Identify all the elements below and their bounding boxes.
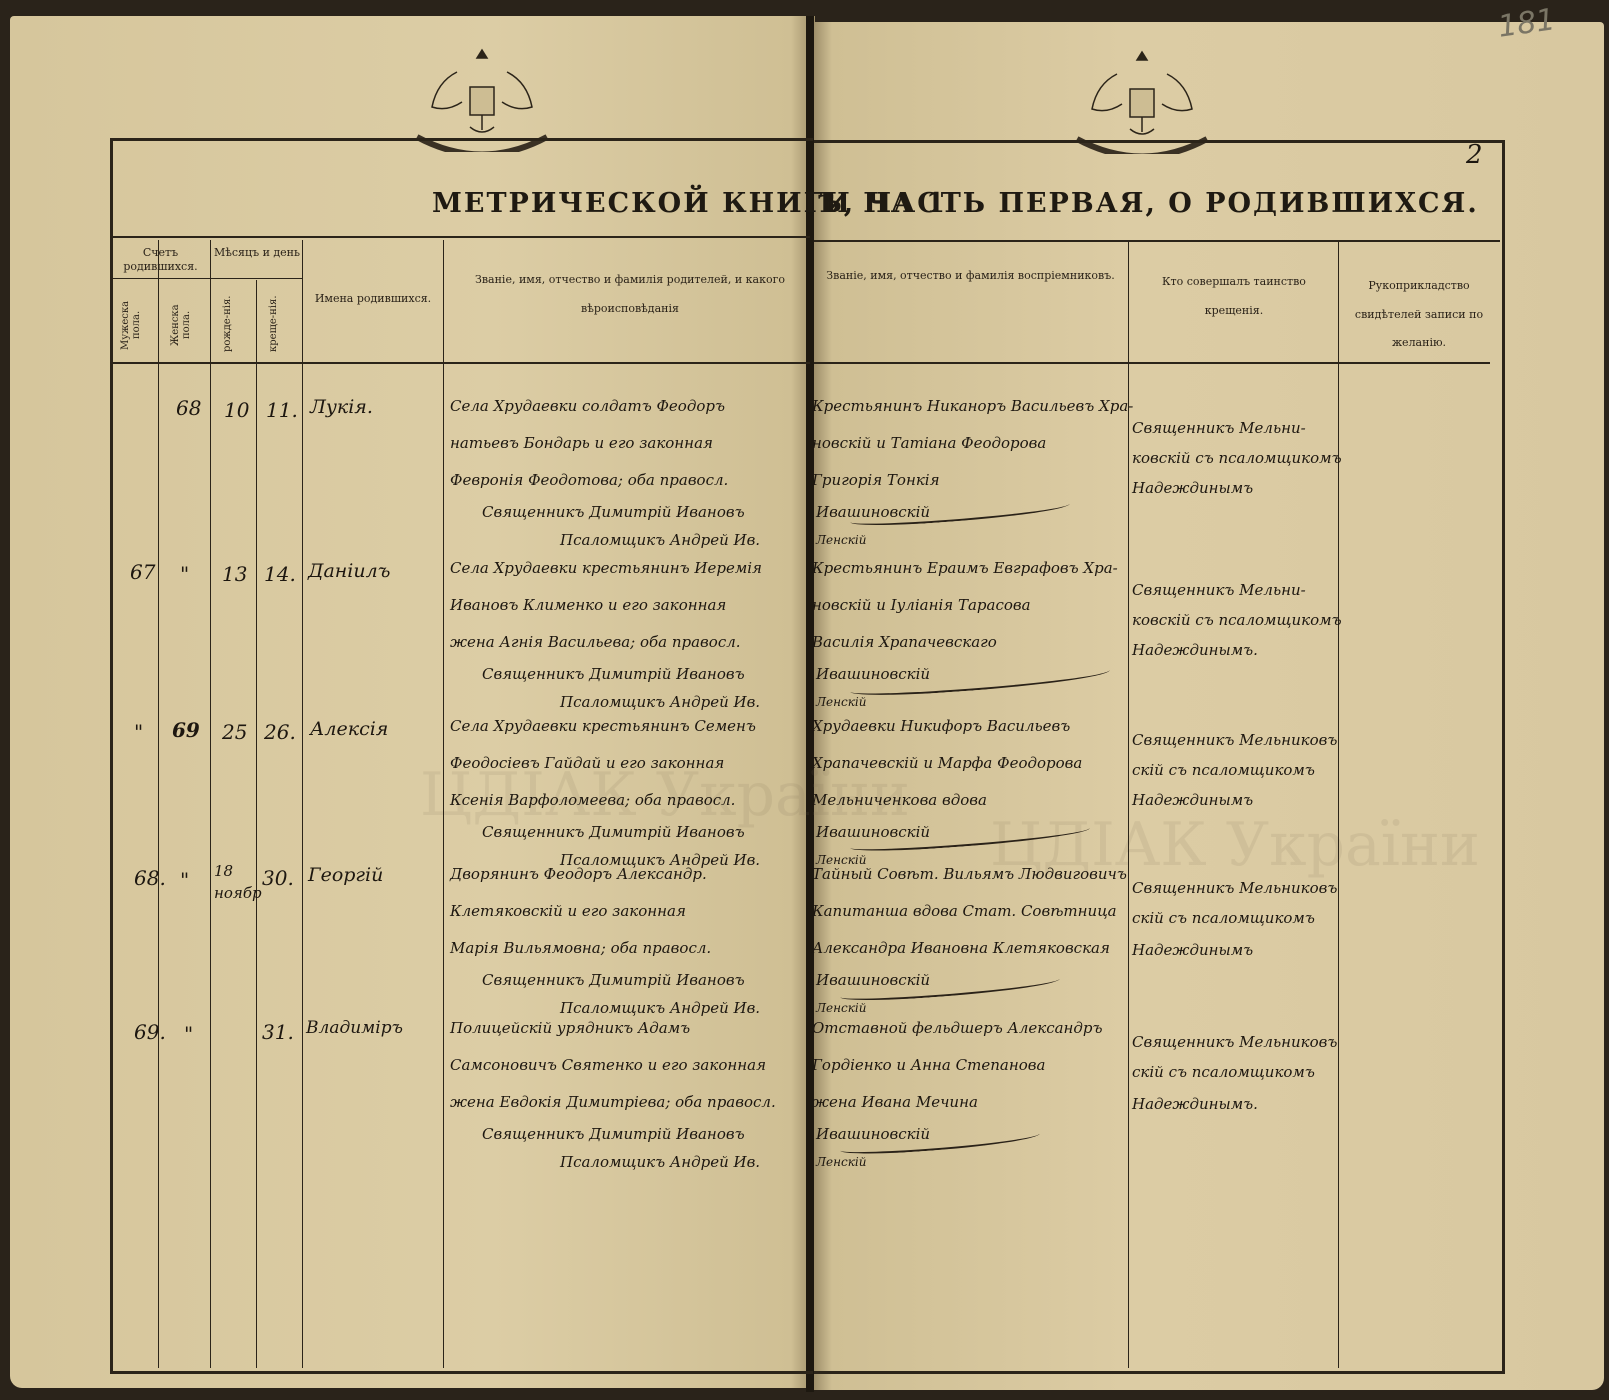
godparents-line: Тайный Совѣт. Вильямъ Людвиговичъ <box>812 856 1127 893</box>
female-count: " <box>180 868 189 892</box>
child-name: Лукія. <box>310 396 373 418</box>
column-divider <box>1338 242 1339 1368</box>
parents-line: натьевъ Бондарь и его законная <box>450 425 713 462</box>
male-count: 67 <box>130 560 155 584</box>
parents-line: Полицейскій урядникъ Адамъ <box>450 1010 690 1047</box>
column-divider <box>443 240 444 1368</box>
header-rule-top-left <box>113 236 810 238</box>
header-rule-bottom-right <box>814 362 1490 364</box>
header-count: Счетъ родившихся. <box>113 246 208 274</box>
header-signatures: Рукоприкладство свидѣтелей записи по жел… <box>1340 272 1498 358</box>
column-divider <box>158 240 159 1368</box>
baptism-day: 14. <box>264 562 296 586</box>
parents-line: Ивановъ Клименко и его законная <box>450 587 726 624</box>
officiant-line: Надеждинымъ <box>1132 470 1253 507</box>
parents-line: Села Хрудаевки крестьянинъ Семенъ <box>450 708 756 745</box>
male-count: 68. <box>134 866 166 890</box>
godparents-line: новскій и Іуліанія Тарасова <box>812 587 1031 624</box>
psalmist-signature: Псаломщикъ Андрей Ив. <box>560 1144 760 1181</box>
baptism-day: 11. <box>266 398 298 422</box>
page-title-right: Ѣ, ЧАСТЬ ПЕРВАЯ, О РОДИВШИХСЯ. <box>818 188 1479 219</box>
female-count: 68 <box>176 396 201 420</box>
female-count: " <box>180 562 189 586</box>
female-count: 69 <box>172 718 200 742</box>
header-rule-bottom-left <box>113 362 810 364</box>
header-count-male: Мужеска пола. <box>120 290 142 360</box>
officiant-line: Надеждинымъ <box>1132 932 1253 969</box>
godparents-line: Крестьянинъ Никаноръ Васильевъ Хра- <box>812 388 1133 425</box>
header-count-female: Женска пола. <box>170 290 192 360</box>
parents-line: Дворянинъ Феодоръ Александр. <box>450 856 707 893</box>
godparents-line: Хрудаевки Никифоръ Васильевъ <box>812 708 1070 745</box>
birth-day: 25 <box>222 720 247 744</box>
godparents-line: Капитанша вдова Стат. Совѣтница <box>812 893 1117 930</box>
column-divider <box>210 240 211 1368</box>
column-divider <box>302 240 303 1368</box>
column-divider <box>256 280 257 1368</box>
child-name: Георгій <box>308 864 383 886</box>
officiant-line: Надеждинымъ. <box>1132 1086 1258 1123</box>
officiant-line: Надеждинымъ <box>1132 782 1253 819</box>
imperial-eagle-emblem-right <box>1072 44 1212 154</box>
header-date: Мѣсяцъ и день <box>212 246 302 260</box>
child-name: Даніилъ <box>308 560 390 582</box>
godparents-line: Гордіенко и Анна Степанова <box>812 1047 1045 1084</box>
header-subrule <box>113 278 303 279</box>
imperial-eagle-emblem-left <box>412 42 552 152</box>
officiant-line: Надеждинымъ. <box>1132 632 1258 669</box>
header-officiant: Кто совершалъ таинство крещенія. <box>1132 268 1336 325</box>
header-date-baptism: креще-нія. <box>268 292 279 356</box>
baptism-day: 30. <box>262 866 294 890</box>
header-rule-top-right <box>814 240 1500 242</box>
godparents-line: новскій и Татіана Феодорова <box>812 425 1046 462</box>
parents-line: Самсоновичъ Святенко и его законная <box>450 1047 766 1084</box>
parents-line: Феодосіевъ Гайдай и его законная <box>450 745 724 782</box>
male-count: " <box>134 720 143 744</box>
female-count: " <box>184 1022 193 1046</box>
birth-day: 10 <box>224 398 249 422</box>
godparents-line: Отставной фельдшеръ Александръ <box>812 1010 1103 1047</box>
header-godparents: Званіе, имя, отчество и фамилія воспріем… <box>818 262 1123 291</box>
parents-line: Села Хрудаевки солдатъ Феодоръ <box>450 388 725 425</box>
godparents-line: Крестьянинъ Ераимъ Евграфовъ Хра- <box>812 550 1118 587</box>
child-name: Владиміръ <box>306 1018 403 1038</box>
baptism-day: 26. <box>264 720 296 744</box>
baptism-day: 31. <box>262 1020 294 1044</box>
child-name: Алексія <box>310 718 388 740</box>
birth-day: 18 ноябр <box>214 860 254 904</box>
parents-line: Клетяковскій и его законная <box>450 893 686 930</box>
birth-day: 13 <box>222 562 247 586</box>
male-count: 69. <box>134 1020 166 1044</box>
header-date-birth: рожде-нія. <box>222 292 233 356</box>
header-names: Имена родившихся. <box>305 292 441 306</box>
parents-line: Села Хрудаевки крестьянинъ Иеремія <box>450 550 762 587</box>
godparents-line: Храпачевскій и Марфа Феодорова <box>812 745 1082 782</box>
header-parents: Званіе, имя, отчество и фамилія родителе… <box>450 266 810 323</box>
